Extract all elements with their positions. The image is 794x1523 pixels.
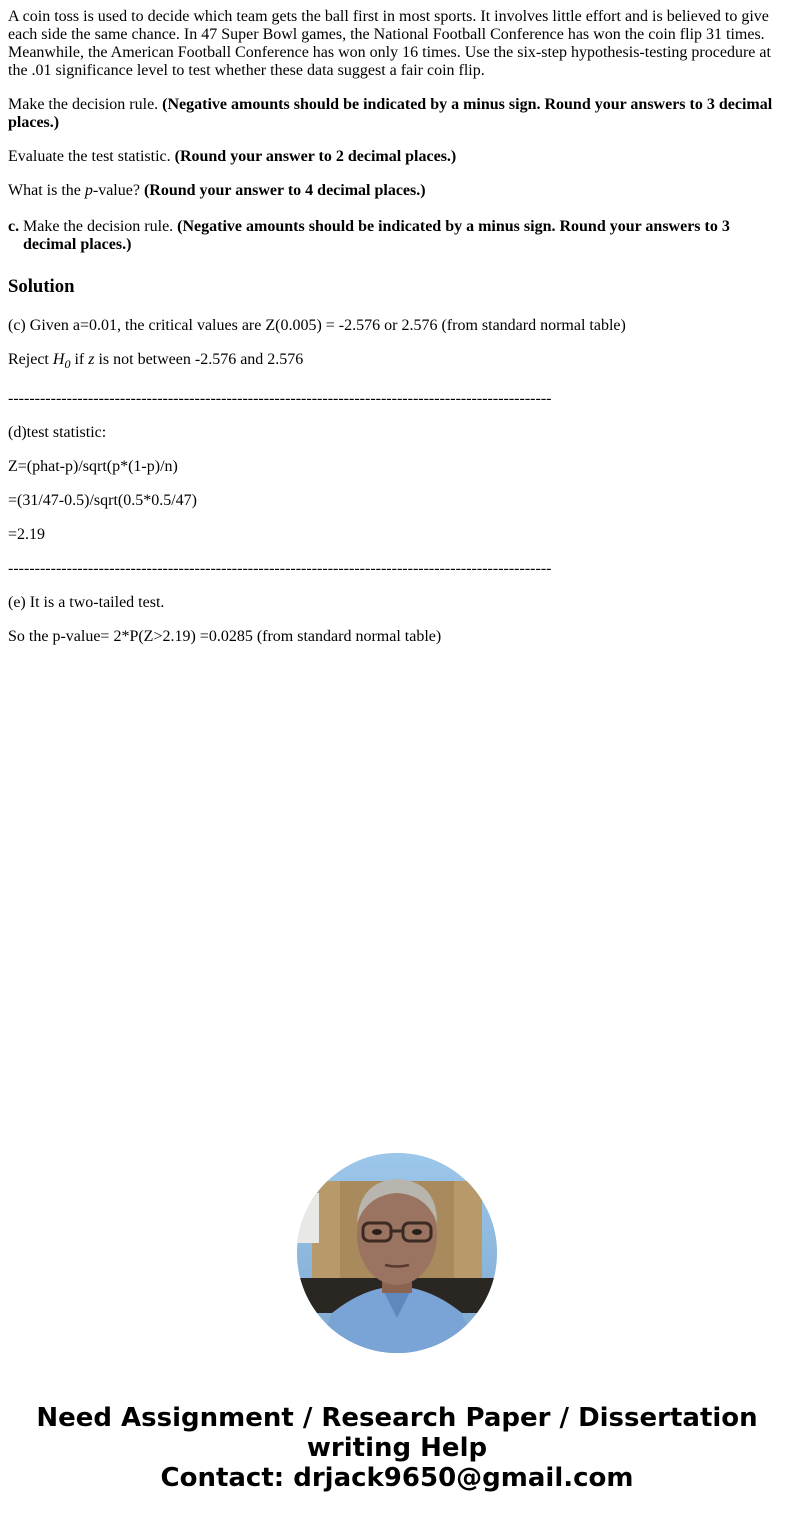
separator-1: ----------------------------------------…: [8, 390, 551, 408]
part-c-label: c.: [8, 218, 23, 254]
promo-banner: Need Assignment / Research Paper / Disse…: [0, 1403, 794, 1493]
question-intro: A coin toss is used to decide which team…: [8, 8, 780, 80]
solution-substitution: =(31/47-0.5)/sqrt(0.5*0.5/47): [8, 492, 197, 510]
p-value-text-before: What is the: [8, 182, 85, 199]
p-value-italic: p: [85, 182, 93, 199]
author-avatar: [297, 1153, 497, 1353]
test-statistic-prompt: Evaluate the test statistic. (Round your…: [8, 148, 780, 166]
promo-contact: Contact: drjack9650@gmail.com: [0, 1463, 794, 1493]
part-c-prompt: c. Make the decision rule. (Negative amo…: [8, 218, 748, 254]
reject-before: Reject: [8, 351, 53, 368]
p-value-text-after: -value?: [93, 182, 144, 199]
test-statistic-text: Evaluate the test statistic.: [8, 148, 175, 165]
part-c-text: Make the decision rule.: [23, 218, 177, 235]
solution-formula: Z=(phat-p)/sqrt(p*(1-p)/n): [8, 458, 178, 476]
p-value-note: (Round your answer to 4 decimal places.): [144, 182, 426, 199]
reject-rule: Reject H0 if z is not between -2.576 and…: [8, 351, 303, 373]
decision-rule-text: Make the decision rule.: [8, 96, 162, 113]
test-statistic-note: (Round your answer to 2 decimal places.): [175, 148, 457, 165]
part-c-body: Make the decision rule. (Negative amount…: [23, 218, 748, 254]
solution-heading: Solution: [8, 276, 74, 298]
promo-line-2: writing Help: [0, 1433, 794, 1463]
solution-c-line: (c) Given a=0.01, the critical values ar…: [8, 317, 626, 335]
solution-e-line: (e) It is a two-tailed test.: [8, 594, 164, 612]
solution-result: =2.19: [8, 526, 45, 544]
solution-d-label: (d)test statistic:: [8, 424, 106, 442]
person-photo-icon: [297, 1153, 497, 1353]
promo-line-1: Need Assignment / Research Paper / Disse…: [0, 1403, 794, 1433]
reject-mid: if: [70, 351, 88, 368]
decision-rule-prompt: Make the decision rule. (Negative amount…: [8, 96, 780, 132]
hypothesis-symbol: H: [53, 351, 65, 368]
reject-after: is not between -2.576 and 2.576: [94, 351, 303, 368]
solution-p-value-line: So the p-value= 2*P(Z>2.19) =0.0285 (fro…: [8, 628, 441, 646]
p-value-prompt: What is the p-value? (Round your answer …: [8, 182, 780, 200]
separator-2: ----------------------------------------…: [8, 560, 551, 578]
